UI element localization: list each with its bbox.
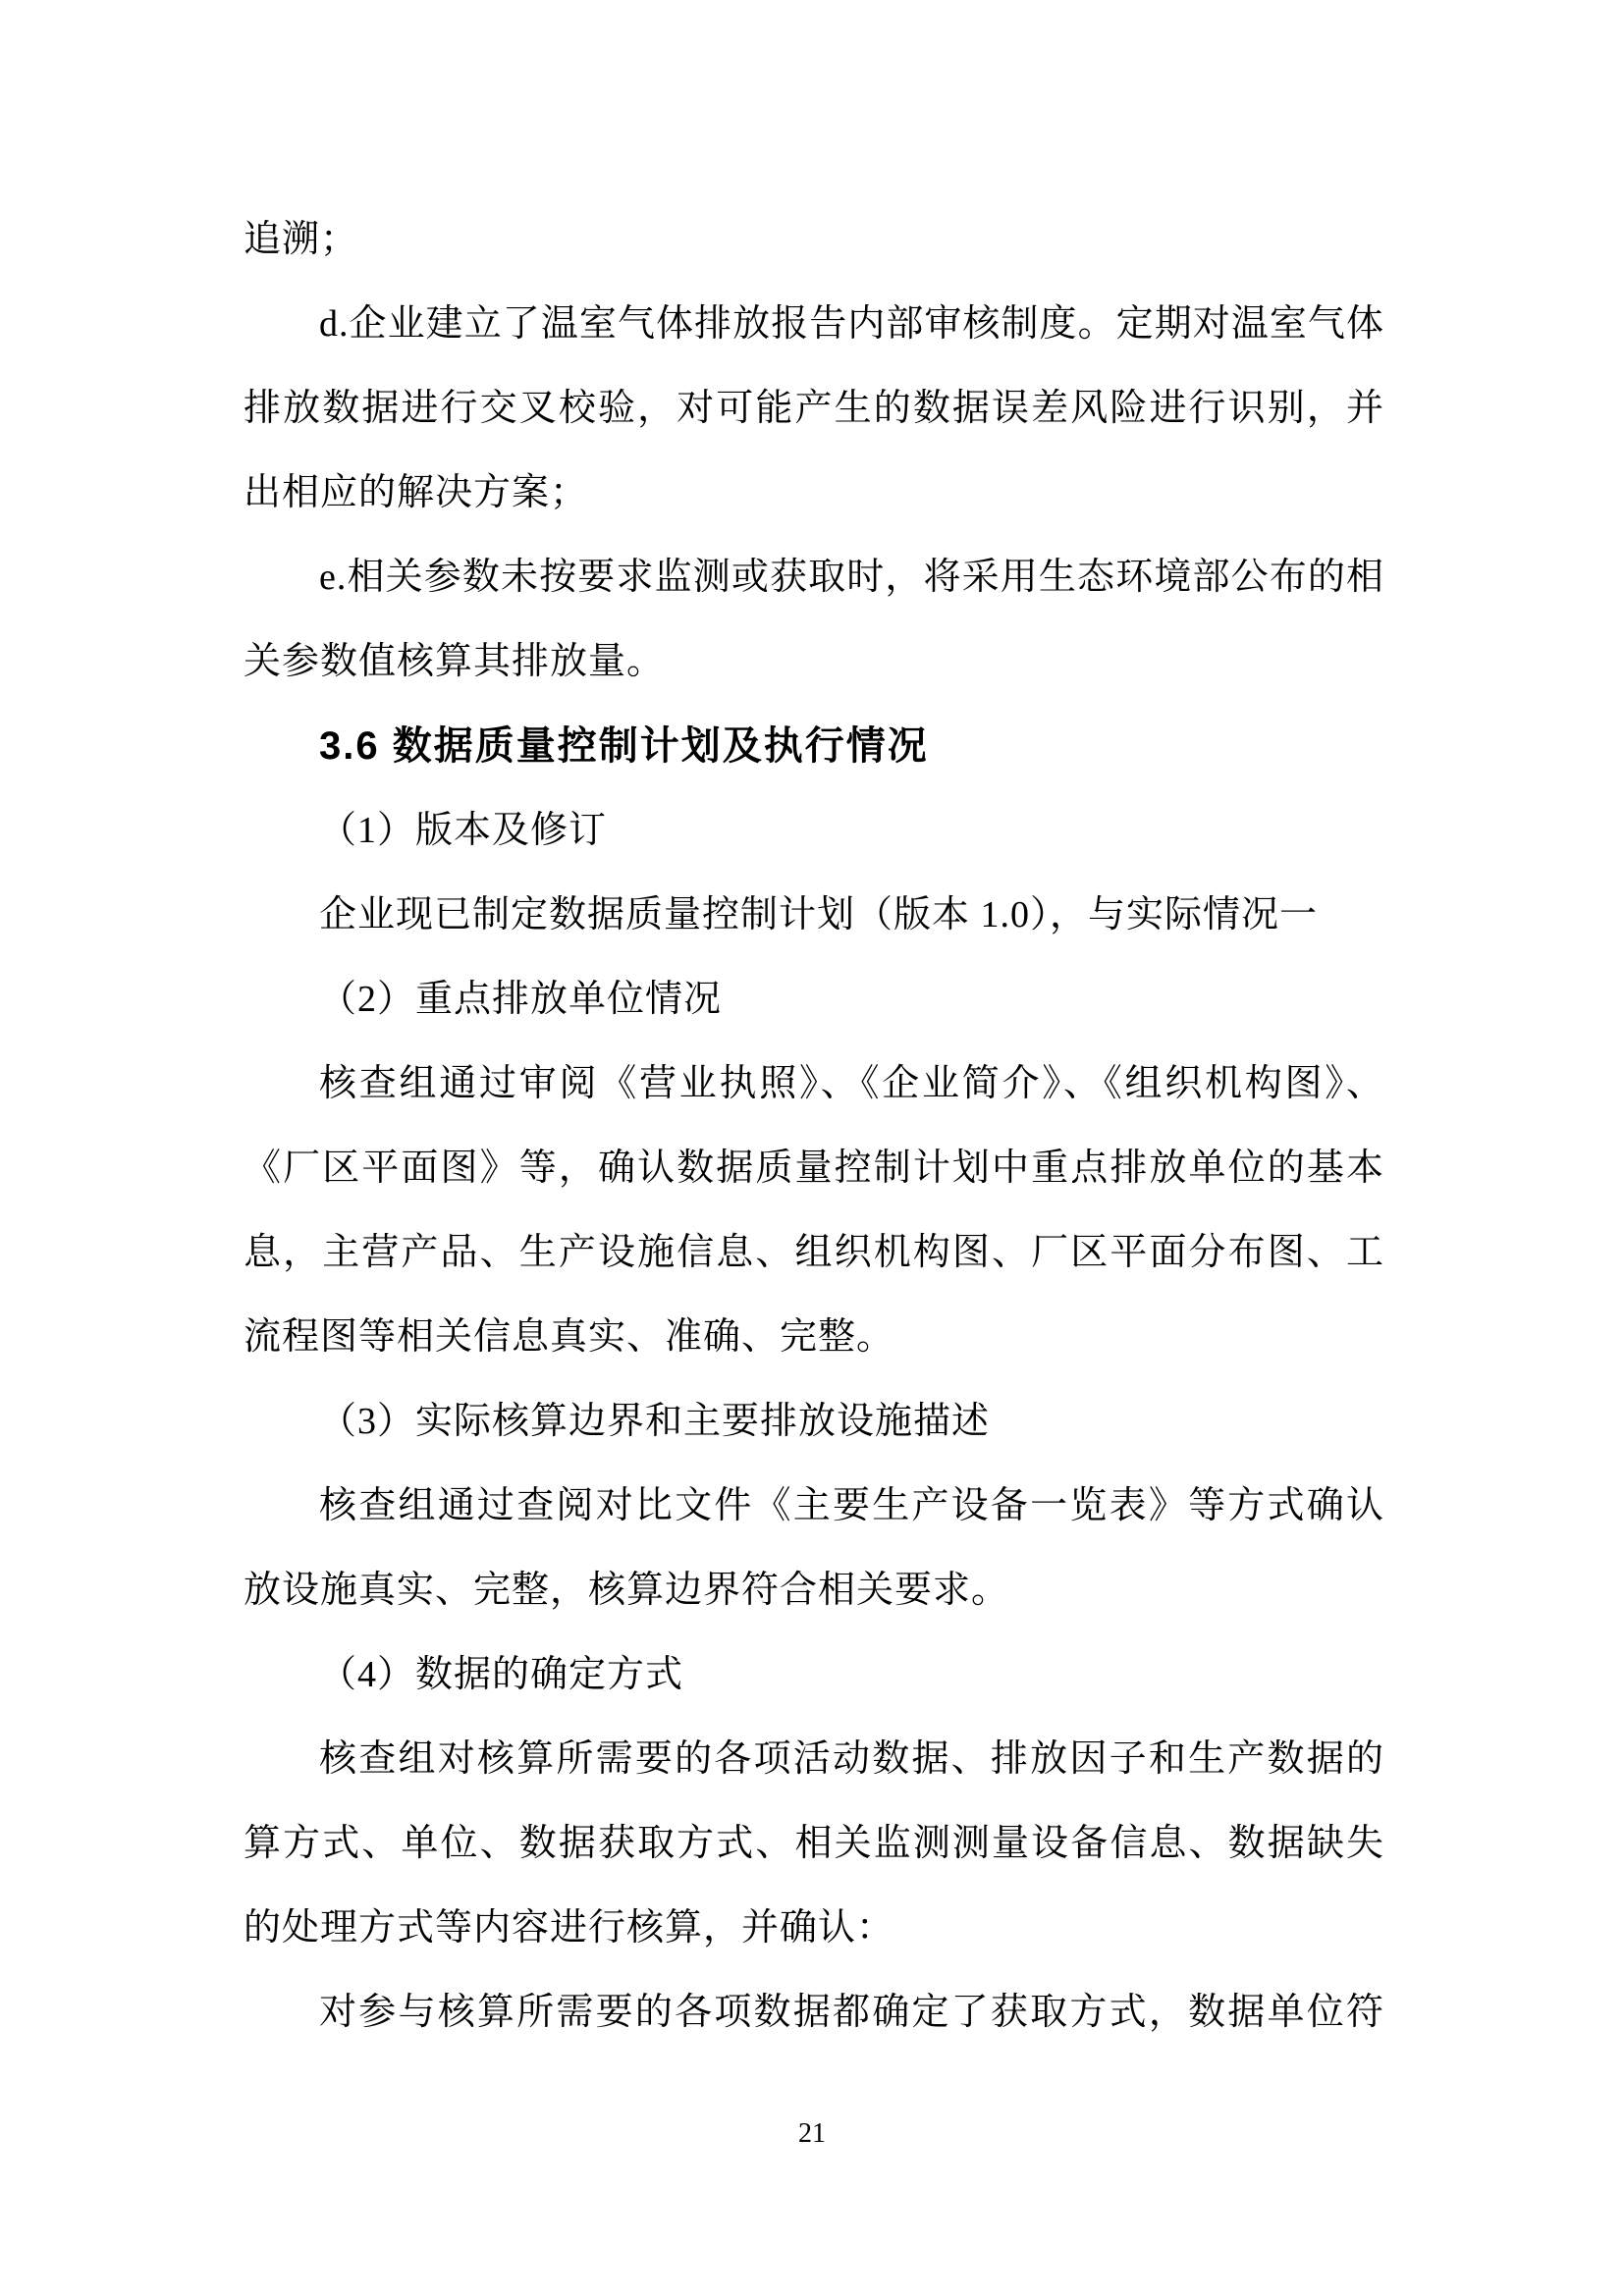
paragraph-data-line-2: 算方式、单位、数据获取方式、相关监测测量设备信息、数据缺失时 bbox=[244, 1801, 1384, 1886]
list-item-3-heading: （3）实际核算边界和主要排放设施描述 bbox=[244, 1379, 1384, 1464]
page-number: 21 bbox=[0, 2118, 1624, 2150]
paragraph-boundary-line-2: 放设施真实、完整，核算边界符合相关要求。 bbox=[244, 1548, 1384, 1632]
paragraph-data-line-1: 核查组对核算所需要的各项活动数据、排放因子和生产数据的计 bbox=[244, 1717, 1384, 1801]
paragraph-e-line-1: e.相关参数未按要求监测或获取时，将采用生态环境部公布的相 bbox=[244, 535, 1384, 619]
paragraph-boundary-line-1: 核查组通过查阅对比文件《主要生产设备一览表》等方式确认排 bbox=[244, 1464, 1384, 1548]
paragraph-d-line-3: 出相应的解决方案； bbox=[244, 451, 1384, 535]
paragraph-review-line-4: 流程图等相关信息真实、准确、完整。 bbox=[244, 1295, 1384, 1379]
paragraph-d-line-1: d.企业建立了温室气体排放报告内部审核制度。定期对温室气体 bbox=[244, 282, 1384, 366]
paragraph-data-line-3: 的处理方式等内容进行核算，并确认： bbox=[244, 1886, 1384, 1970]
list-item-4-heading: （4）数据的确定方式 bbox=[244, 1632, 1384, 1717]
paragraph-version-line-1: 企业现已制定数据质量控制计划（版本 1.0），与实际情况一致。 bbox=[244, 873, 1384, 957]
document-page: 追溯； d.企业建立了温室气体排放报告内部审核制度。定期对温室气体 排放数据进行… bbox=[0, 0, 1624, 2296]
paragraph-d-line-2: 排放数据进行交叉校验，对可能产生的数据误差风险进行识别，并提 bbox=[244, 366, 1384, 451]
section-heading-3-6: 3.6 数据质量控制计划及执行情况 bbox=[244, 704, 1384, 788]
paragraph-review-line-1: 核查组通过审阅《营业执照》、《企业简介》、《组织机构图》、 bbox=[244, 1041, 1384, 1126]
paragraph-review-line-3: 息，主营产品、生产设施信息、组织机构图、厂区平面分布图、工艺 bbox=[244, 1210, 1384, 1295]
paragraph-e-line-2: 关参数值核算其排放量。 bbox=[244, 619, 1384, 704]
text-line-tail-zhuisu: 追溯； bbox=[244, 197, 1384, 282]
document-text-block: 追溯； d.企业建立了温室气体排放报告内部审核制度。定期对温室气体 排放数据进行… bbox=[244, 197, 1384, 2055]
list-item-2-heading: （2）重点排放单位情况 bbox=[244, 957, 1384, 1041]
list-item-1-heading: （1）版本及修订 bbox=[244, 788, 1384, 873]
paragraph-confirm-line-1: 对参与核算所需要的各项数据都确定了获取方式，数据单位符合 bbox=[244, 1970, 1384, 2055]
paragraph-review-line-2: 《厂区平面图》等，确认数据质量控制计划中重点排放单位的基本信 bbox=[244, 1126, 1384, 1210]
